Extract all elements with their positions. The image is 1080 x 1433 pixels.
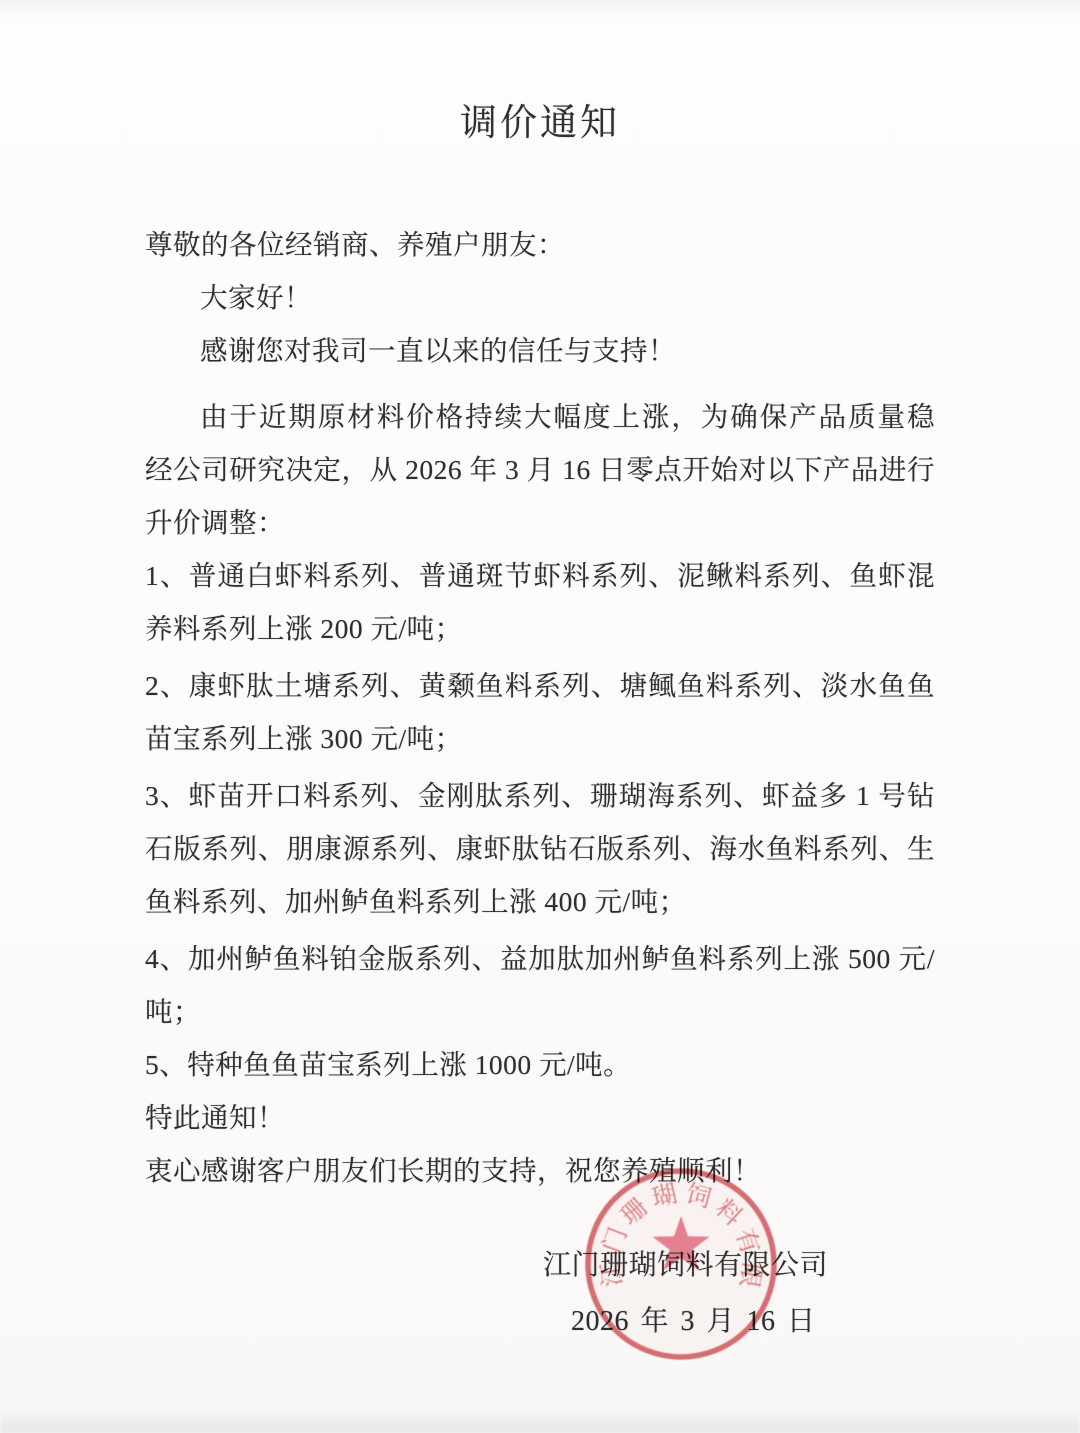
text-line: 由于近期原材料价格持续大幅度上涨，为确保产品质量稳定， <box>145 390 935 443</box>
notice-document-page: 调价通知 尊敬的各位经销商、养殖户朋友：大家好！感谢您对我司一直以来的信任与支持… <box>0 0 1080 1433</box>
text-line: 5、特种鱼鱼苗宝系列上涨 1000 元/吨。 <box>145 1038 935 1091</box>
text-line: 大家好！ <box>145 271 935 324</box>
text-line: 特此通知！ <box>145 1091 935 1144</box>
text-line: 鱼料系列、加州鲈鱼料系列上涨 400 元/吨； <box>145 875 935 928</box>
text-line: 4、加州鲈鱼料铂金版系列、益加肽加州鲈鱼料系列上涨 500 元/ <box>145 932 935 985</box>
signature-block: 江门珊瑚饲料有限公司 2026 年 3 月 16 日 <box>543 1248 828 1340</box>
document-body: 尊敬的各位经销商、养殖户朋友：大家好！感谢您对我司一直以来的信任与支持！由于近期… <box>145 218 935 1197</box>
text-line: 升价调整： <box>145 496 935 549</box>
text-line: 2、康虾肽土塘系列、黄颡鱼料系列、塘鲺鱼料系列、淡水鱼鱼 <box>145 659 935 712</box>
text-line: 衷心感谢客户朋友们长期的支持，祝您养殖顺利！ <box>145 1144 935 1197</box>
signature-date: 2026 年 3 月 16 日 <box>571 1304 828 1340</box>
text-line: 3、虾苗开口料系列、金刚肽系列、珊瑚海系列、虾益多 1 号钻 <box>145 769 935 822</box>
text-line: 经公司研究决定，从 2026 年 3 月 16 日零点开始对以下产品进行 <box>145 443 935 496</box>
text-line: 养料系列上涨 200 元/吨； <box>145 602 935 655</box>
text-line: 尊敬的各位经销商、养殖户朋友： <box>145 218 935 271</box>
text-line: 石版系列、朋康源系列、康虾肽钻石版系列、海水鱼料系列、生 <box>145 822 935 875</box>
text-line: 苗宝系列上涨 300 元/吨； <box>145 712 935 765</box>
text-line: 吨； <box>145 985 935 1038</box>
document-title: 调价通知 <box>0 98 1080 150</box>
text-line: 感谢您对我司一直以来的信任与支持！ <box>145 324 935 377</box>
text-line: 1、普通白虾料系列、普通斑节虾料系列、泥鳅料系列、鱼虾混 <box>145 549 935 602</box>
signature-company-name: 江门珊瑚饲料有限公司 <box>543 1248 828 1284</box>
